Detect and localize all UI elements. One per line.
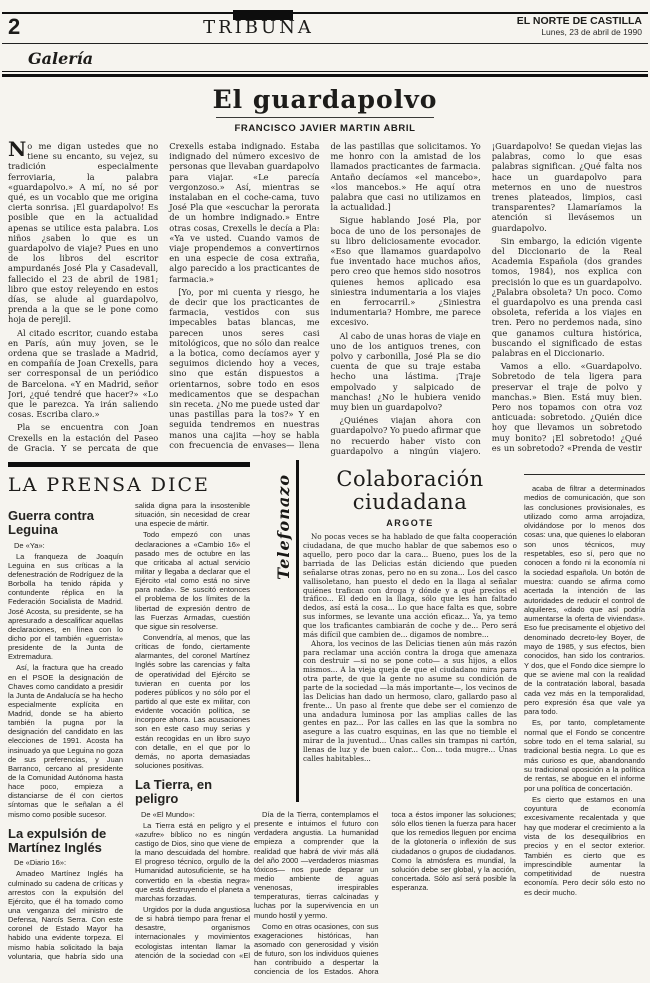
main-article: El guardapolvo FRANCISCO JAVIER MARTIN A… (0, 77, 650, 459)
article-byline: FRANCISCO JAVIER MARTIN ABRIL (0, 123, 650, 134)
lead-paragraph: No me digan ustedes que no tiene su enca… (8, 141, 158, 325)
bottom-middle-columns: Día de la Tierra, contemplamos el presen… (254, 810, 516, 980)
prensa-section: LA PRENSA DICE Guerra contra LeguinaDe «… (8, 462, 250, 961)
source-line: De «Ya»: (8, 541, 123, 550)
body-paragraph: Todo empezó con unas declaraciones a «Ca… (135, 530, 250, 631)
lower-section: LA PRENSA DICE Guerra contra LeguinaDe «… (0, 458, 650, 983)
galeria-band: Galería (0, 44, 650, 77)
band-title: Galería (28, 49, 93, 68)
source-line: De «El Mundo»: (135, 810, 250, 819)
prensa-header: LA PRENSA DICE (8, 474, 250, 496)
body-paragraph: La franqueza de Joaquín Leguina en sus c… (8, 552, 123, 662)
masthead-bottom-rule (2, 43, 648, 44)
body-paragraph: Ahora, los vecinos de las Delicias tiene… (303, 640, 517, 764)
page-number: 2 (8, 15, 20, 39)
body-paragraph: Convendría, al menos, que las críticas d… (135, 633, 250, 770)
telefonazo-section: Telefonazo Colaboraciónciudadana ARGOTE … (254, 460, 518, 802)
prensa-columns: Guerra contra LeguinaDe «Ya»:La franquez… (8, 501, 250, 961)
section-title: TRIBUNA (203, 15, 314, 41)
body-paragraph: La Tierra está en peligro y el «azufre» … (135, 821, 250, 903)
colaboracion-title: Colaboraciónciudadana (303, 468, 517, 513)
article-body: No me digan ustedes que no tiene su enca… (8, 141, 642, 459)
body-paragraph: Sigue hablando José Pla, por boca de uno… (331, 215, 481, 327)
title-divider (216, 117, 434, 118)
right-column: acaba de filtrar a determinados medios d… (524, 474, 645, 983)
article-headline: La expulsión de Martínez Inglés (8, 827, 123, 855)
paper-identity: EL NORTE DE CASTILLA Lunes, 23 de abril … (517, 15, 642, 37)
band-rule-thin (2, 71, 648, 72)
body-paragraph: Es cierto que estamos en una coyuntura d… (524, 795, 645, 897)
body-paragraph: acaba de filtrar a determinados medios d… (524, 484, 645, 716)
article-headline: La Tierra, en peligro (135, 778, 250, 806)
body-paragraph: Al citado escritor, cuando estaba en Par… (8, 328, 158, 420)
newspaper-page: 2 TRIBUNA EL NORTE DE CASTILLA Lunes, 23… (0, 0, 650, 983)
body-paragraph: Es, por tanto, completamente normal que … (524, 718, 645, 792)
body-paragraph: Día de la Tierra, contemplamos el presen… (254, 810, 379, 920)
colaboracion-article: Colaboraciónciudadana ARGOTE No pocas ve… (299, 460, 518, 802)
colaboracion-byline: ARGOTE (303, 518, 517, 528)
prensa-top-bar (8, 462, 250, 467)
telefonazo-label: Telefonazo (274, 474, 293, 580)
article-title: El guardapolvo (0, 85, 650, 114)
body-paragraph: No pocas veces se ha hablado de que falt… (303, 533, 517, 639)
body-paragraph: Así, la fractura que ha creado en el PSO… (8, 663, 123, 818)
masthead: 2 TRIBUNA EL NORTE DE CASTILLA Lunes, 23… (0, 0, 650, 44)
article-headline: Guerra contra Leguina (8, 509, 123, 537)
colaboracion-body: No pocas veces se ha hablado de que falt… (303, 533, 517, 769)
telefonazo-strip: Telefonazo (254, 460, 299, 802)
body-paragraph: Sin embargo, la edición vigente del Dicc… (492, 236, 642, 358)
source-line: De «Diario 16»: (8, 858, 123, 867)
masthead-row: 2 TRIBUNA EL NORTE DE CASTILLA Lunes, 23… (0, 14, 650, 43)
colaboracion-title-line2: ciudadana (353, 490, 467, 514)
newspaper-name: EL NORTE DE CASTILLA (517, 15, 642, 27)
body-paragraph: Al cabo de unas horas de viaje en uno de… (331, 331, 481, 413)
colaboracion-title-line1: Colaboración (336, 467, 483, 491)
issue-date: Lunes, 23 de abril de 1990 (517, 27, 642, 37)
